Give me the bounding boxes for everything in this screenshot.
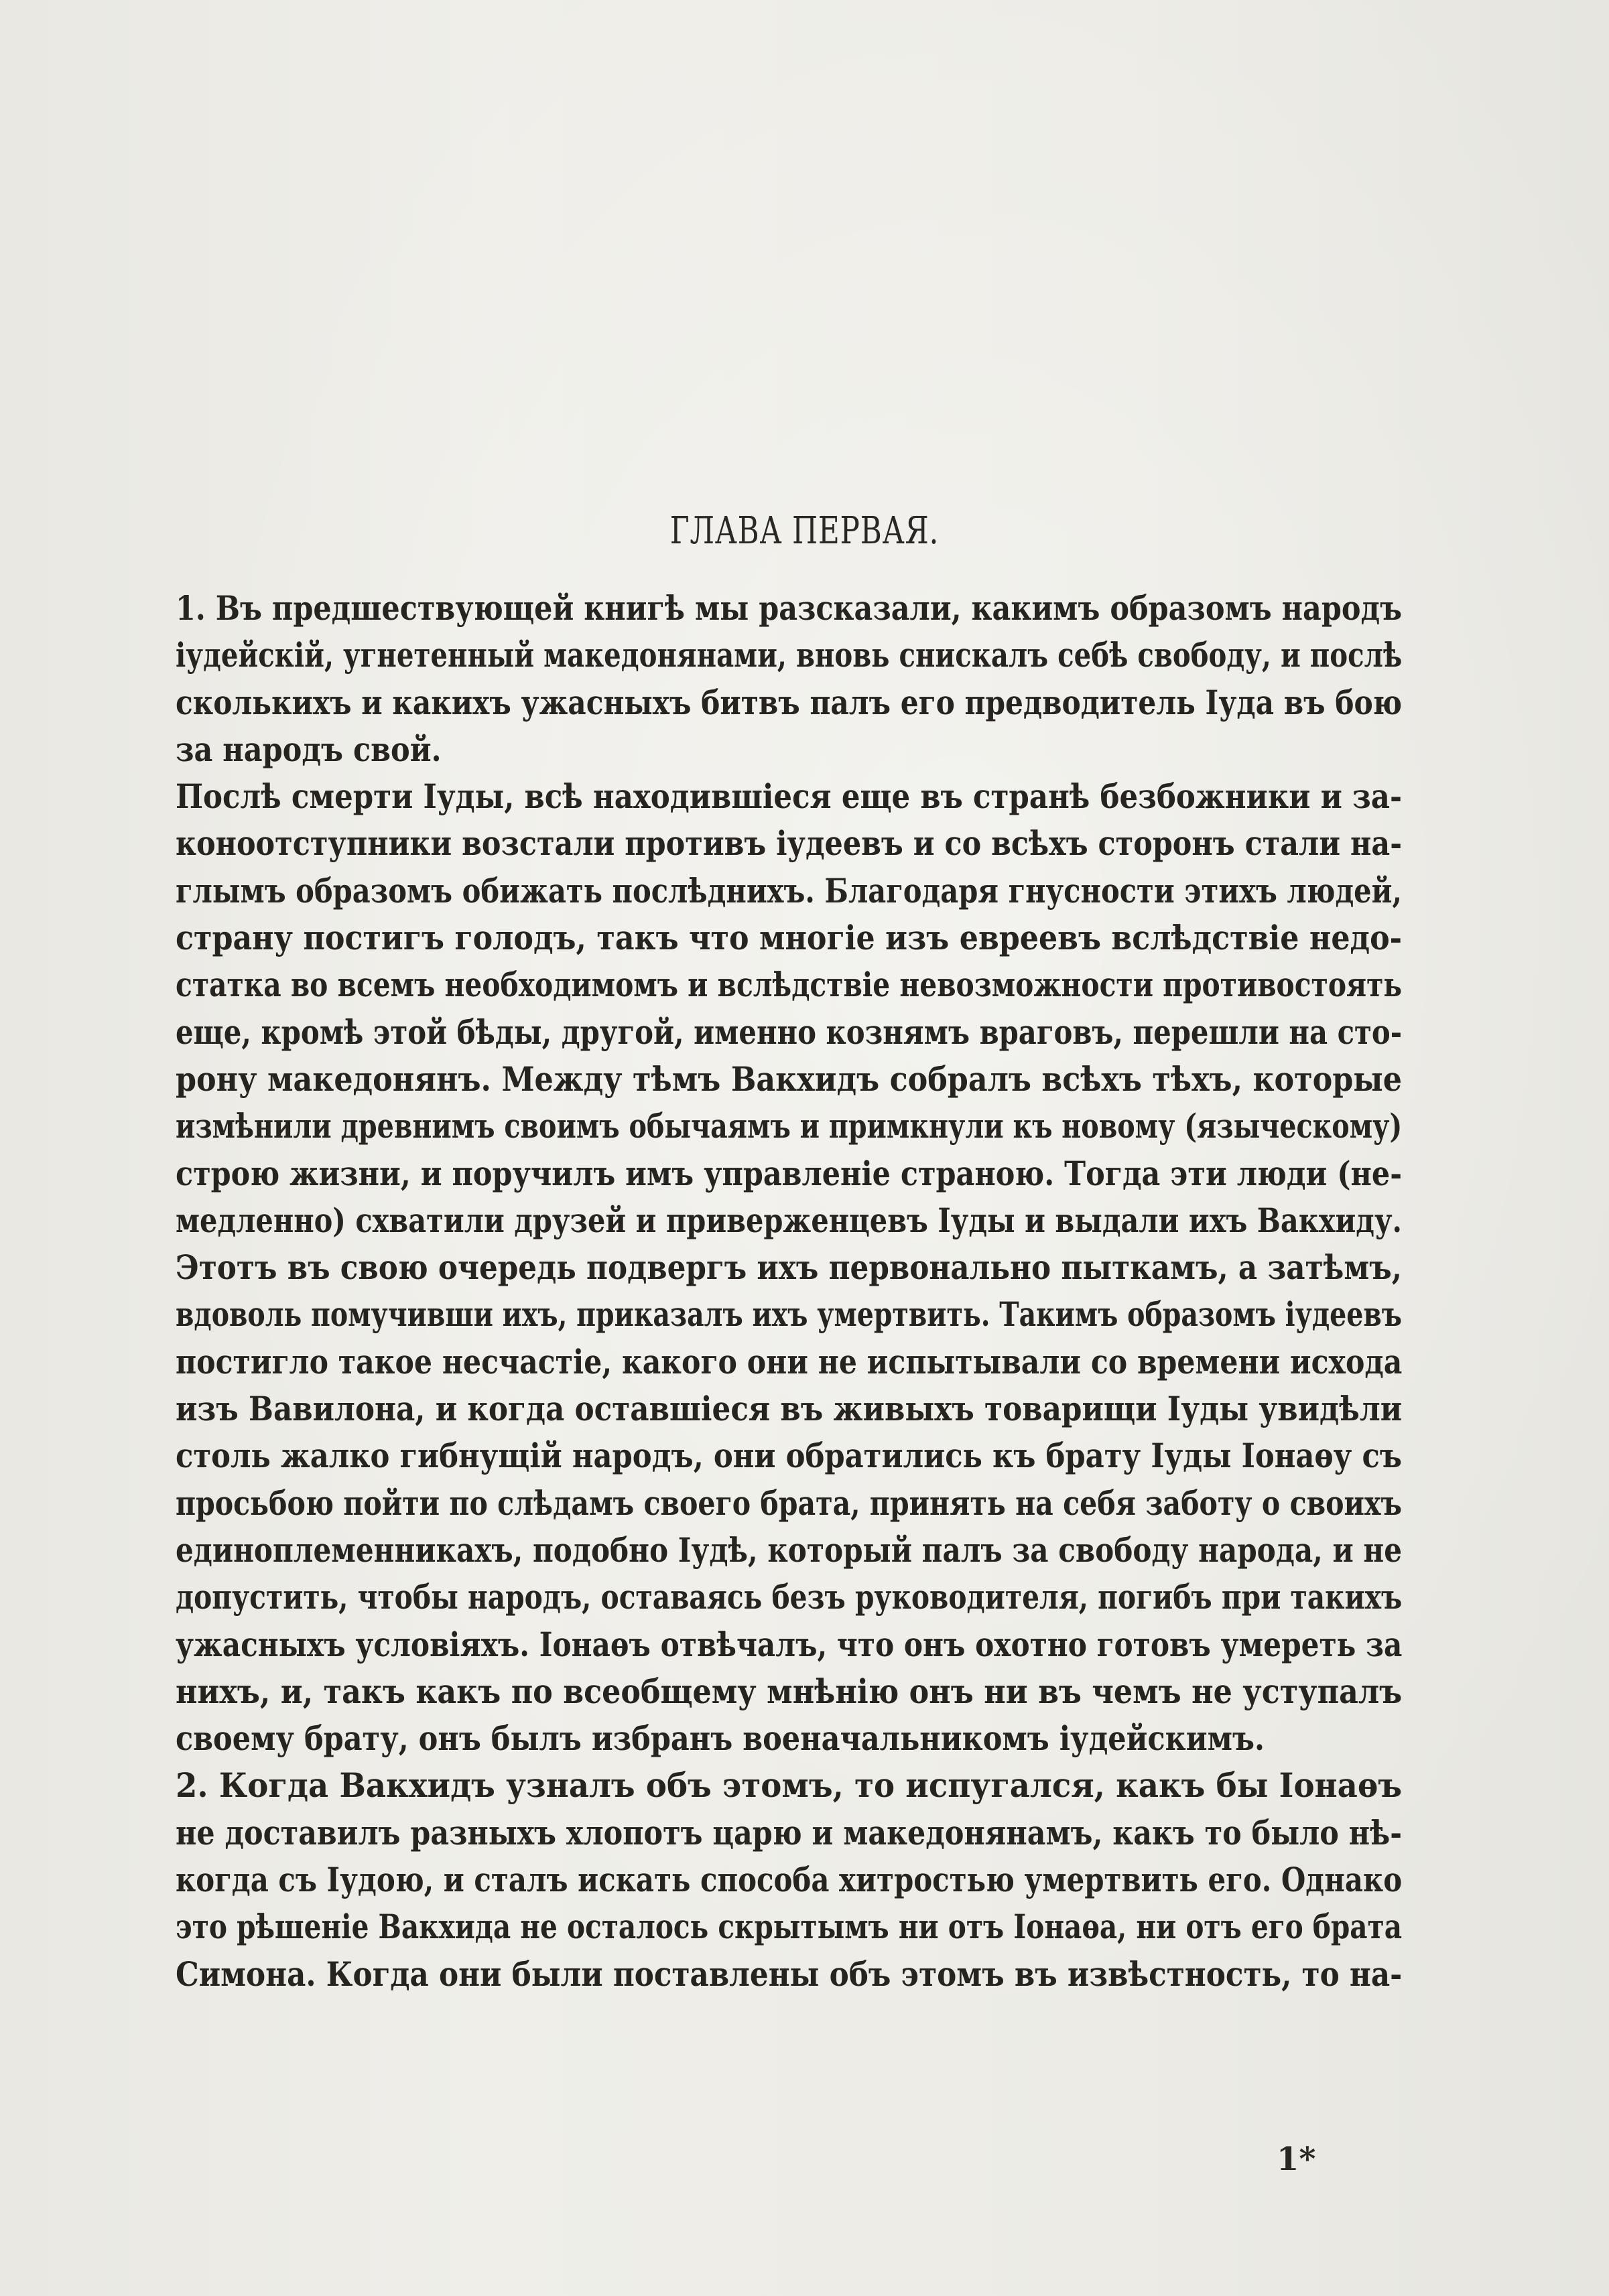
text-line-content: іудейскій, угнетенный македонянами, внов… <box>176 632 1402 679</box>
text-line: ужасныхъ условіяхъ. Іонаѳъ отвѣчалъ, что… <box>176 1621 1212 1668</box>
text-line-content: за народъ свой. <box>176 726 1402 773</box>
text-line: еще, кромѣ этой бѣды, другой, именно коз… <box>176 1009 1200 1056</box>
text-line-content: рону македонянъ. Между тѣмъ Вакхидъ собр… <box>176 1056 1402 1103</box>
text-line-content: ужасныхъ условіяхъ. Іонаѳъ отвѣчалъ, что… <box>176 1621 1402 1668</box>
text-line-content: Симона. Когда они были поставлены объ эт… <box>176 1951 1402 1998</box>
text-line-content: нихъ, и, такъ какъ по всеобщему мнѣнію о… <box>176 1668 1402 1715</box>
text-line: изъ Вавилона, и когда оставшіеся въ живы… <box>176 1386 1247 1432</box>
text-line: столь жалко гибнущій народъ, они обратил… <box>176 1432 1237 1479</box>
text-line-content: измѣнили древнимъ своимъ обычаямъ и прим… <box>176 1103 1402 1150</box>
text-line-content: строю жизни, и поручилъ имъ управленіе с… <box>176 1150 1402 1197</box>
text-line-content: когда съ Іудою, и сталъ искать способа х… <box>176 1856 1402 1903</box>
text-line-content: допустить, чтобы народъ, оставаясь безъ … <box>176 1574 1402 1621</box>
text-line-content: столь жалко гибнущій народъ, они обратил… <box>176 1432 1402 1479</box>
text-line-content: коноотступники возстали противъ іудеевъ … <box>176 820 1402 867</box>
text-line: вдоволь помучивши ихъ, приказалъ ихъ уме… <box>176 1291 1143 1338</box>
text-line: Симона. Когда они были поставлены объ эт… <box>176 1951 1246 1998</box>
chapter-title: ГЛАВА ПЕРВАЯ. <box>177 509 1432 553</box>
text-line-content: постигло такое несчастіе, какого они не … <box>176 1339 1402 1386</box>
text-line-content: Послѣ смерти Іуды, всѣ находившіеся еще … <box>176 773 1402 820</box>
body-text: 1. Въ предшествующей книгѣ мы разсказали… <box>176 585 1402 1998</box>
text-line-content: статка во всемъ необходимомъ и вслѣдстві… <box>176 961 1402 1008</box>
text-line-content: вдоволь помучивши ихъ, приказалъ ихъ уме… <box>176 1291 1402 1338</box>
text-line-content: изъ Вавилона, и когда оставшіеся въ живы… <box>176 1386 1402 1432</box>
text-line-content: страну постигъ голодъ, такъ что многіе и… <box>176 915 1402 961</box>
text-line-content: 1. Въ предшествующей книгѣ мы разсказали… <box>176 585 1402 632</box>
text-line-content: медленно) схватили друзей и приверженцев… <box>176 1197 1402 1244</box>
text-line: 1. Въ предшествующей книгѣ мы разсказали… <box>176 585 1228 632</box>
text-line: іудейскій, угнетенный македонянами, внов… <box>176 632 1163 679</box>
text-line: Этотъ въ свою очередь подвергъ ихъ перво… <box>176 1244 1247 1291</box>
text-line: сколькихъ и какихъ ужасныхъ битвъ палъ е… <box>176 679 1213 726</box>
text-line-content: это рѣшеніе Вакхида не осталось скрытымъ… <box>176 1903 1402 1950</box>
text-line: единоплеменникахъ, подобно Іудѣ, который… <box>176 1527 1208 1574</box>
text-line: статка во всемъ необходимомъ и вслѣдстві… <box>176 961 1175 1008</box>
text-line: нихъ, и, такъ какъ по всеобщему мнѣнію о… <box>176 1668 1264 1715</box>
text-line: рону македонянъ. Между тѣмъ Вакхидъ собр… <box>176 1056 1264 1103</box>
text-line: это рѣшеніе Вакхида не осталось скрытымъ… <box>176 1903 1171 1950</box>
text-line-content: просьбою пойти по слѣдамъ своего брата, … <box>176 1480 1402 1527</box>
text-line-content: сколькихъ и какихъ ужасныхъ битвъ палъ е… <box>176 679 1402 726</box>
text-line-content: 2. Когда Вакхидъ узналъ объ этомъ, то ис… <box>176 1762 1402 1809</box>
text-line: Послѣ смерти Іуды, всѣ находившіеся еще … <box>176 773 1242 820</box>
text-line: строю жизни, и поручилъ имъ управленіе с… <box>176 1150 1227 1197</box>
text-line-content: единоплеменникахъ, подобно Іудѣ, который… <box>176 1527 1402 1574</box>
text-line-content: глымъ образомъ обижать послѣднихъ. Благо… <box>176 868 1402 915</box>
text-line: постигло такое несчастіе, какого они не … <box>176 1339 1220 1386</box>
text-line-content: своему брату, онъ былъ избранъ военачаль… <box>176 1715 1402 1762</box>
text-line: медленно) схватили друзей и приверженцев… <box>176 1197 1194 1244</box>
text-line: 2. Когда Вакхидъ узналъ объ этомъ, то ис… <box>176 1762 1319 1809</box>
text-line-content: еще, кромѣ этой бѣды, другой, именно коз… <box>176 1009 1402 1056</box>
text-line: за народъ свой. <box>176 726 1230 773</box>
text-line: допустить, чтобы народъ, оставаясь безъ … <box>176 1574 1174 1621</box>
text-line-content: не доставилъ разныхъ хлопотъ царю и маке… <box>176 1810 1402 1856</box>
text-line: когда съ Іудою, и сталъ искать способа х… <box>176 1856 1202 1903</box>
text-line: глымъ образомъ обижать послѣднихъ. Благо… <box>176 868 1196 915</box>
text-line: просьбою пойти по слѣдамъ своего брата, … <box>176 1480 1183 1527</box>
text-line: своему брату, онъ былъ избранъ военачаль… <box>176 1715 1230 1762</box>
page-number: 1* <box>1277 2141 1316 2178</box>
text-line: страну постигъ голодъ, такъ что многіе и… <box>176 915 1263 961</box>
text-line: не доставилъ разныхъ хлопотъ царю и маке… <box>176 1810 1226 1856</box>
text-line-content: Этотъ въ свою очередь подвергъ ихъ перво… <box>176 1244 1402 1291</box>
text-line: коноотступники возстали противъ іудеевъ … <box>176 820 1227 867</box>
text-line: измѣнили древнимъ своимъ обычаямъ и прим… <box>176 1103 1147 1150</box>
